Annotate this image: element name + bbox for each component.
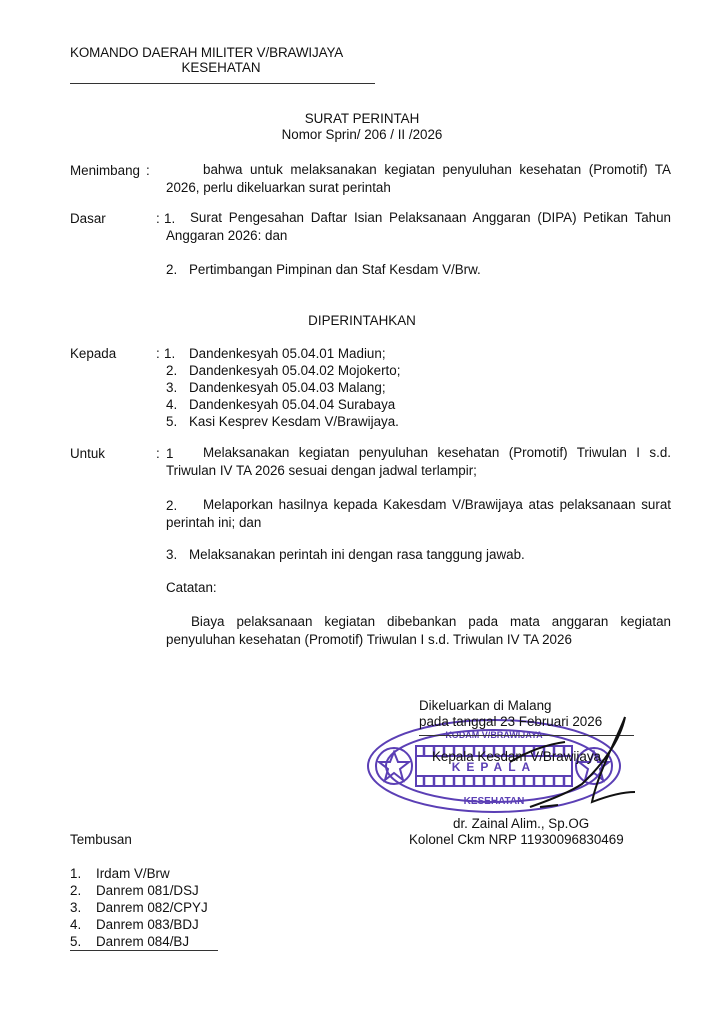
- diperintahkan-heading: DIPERINTAHKAN: [0, 313, 724, 328]
- tembusan-item-text: Danrem 083/BDJ: [96, 917, 199, 932]
- kepada-item-num: 5.: [166, 414, 177, 429]
- org-name: KOMANDO DAERAH MILITER V/BRAWIJAYA: [70, 45, 343, 60]
- kepada-item-text: Dandenkesyah 05.04.01 Madiun;: [189, 346, 386, 361]
- dasar-label: Dasar: [70, 211, 106, 226]
- tembusan-label: Tembusan: [70, 832, 132, 847]
- kepada-colon: :: [156, 346, 160, 361]
- dasar-item-text: Surat Pengesahan Daftar Isian Pelaksanaa…: [166, 209, 671, 245]
- tembusan-item-num: 3.: [70, 900, 81, 915]
- kepada-item-num: 2.: [166, 363, 177, 378]
- menimbang-text: bahwa untuk melaksanakan kegiatan penyul…: [166, 161, 671, 197]
- document-title: SURAT PERINTAH: [0, 111, 724, 126]
- signer-name: dr. Zainal Alim., Sp.OG: [453, 816, 589, 831]
- catatan-label: Catatan:: [166, 580, 217, 595]
- kepada-item-num: 1.: [164, 346, 175, 361]
- tembusan-item-text: Irdam V/Brw: [96, 866, 170, 881]
- tembusan-item-text: Danrem 084/BJ: [96, 934, 189, 949]
- tembusan-item-num: 2.: [70, 883, 81, 898]
- tembusan-item-num: 1.: [70, 866, 81, 881]
- tembusan-item-text: Danrem 081/DSJ: [96, 883, 199, 898]
- tembusan-item-text: Danrem 082/CPYJ: [96, 900, 208, 915]
- kepada-item-text: Kasi Kesprev Kesdam V/Brawijaya.: [189, 414, 399, 429]
- kepada-item-num: 4.: [166, 397, 177, 412]
- tembusan-item-num: 5.: [70, 934, 81, 949]
- document-number: Nomor Sprin/ 206 / II /2026: [0, 127, 724, 142]
- header-divider: [70, 83, 375, 84]
- dasar-item-text: Pertimbangan Pimpinan dan Staf Kesdam V/…: [189, 262, 481, 277]
- kepada-label: Kepada: [70, 346, 116, 361]
- kepada-item-text: Dandenkesyah 05.04.03 Malang;: [189, 380, 386, 395]
- untuk-colon: :: [156, 446, 160, 461]
- menimbang-colon: :: [146, 163, 150, 178]
- issued-place: Dikeluarkan di Malang: [419, 698, 552, 713]
- untuk-label: Untuk: [70, 446, 105, 461]
- org-unit: KESEHATAN: [70, 60, 372, 75]
- kepada-item-text: Dandenkesyah 05.04.04 Surabaya: [189, 397, 395, 412]
- kepada-item-text: Dandenkesyah 05.04.02 Mojokerto;: [189, 363, 400, 378]
- menimbang-label: Menimbang: [70, 163, 140, 178]
- handwritten-signature: [470, 712, 670, 822]
- untuk-item-num: 3.: [166, 547, 177, 562]
- tembusan-item-num: 4.: [70, 917, 81, 932]
- untuk-item-text: Melaksanakan perintah ini dengan rasa ta…: [189, 547, 525, 562]
- catatan-text: Biaya pelaksanaan kegiatan dibebankan pa…: [166, 613, 671, 649]
- dasar-colon: :: [156, 211, 160, 226]
- dasar-item-num: 2.: [166, 262, 177, 277]
- signer-rank: Kolonel Ckm NRP 11930096830469: [409, 832, 624, 847]
- untuk-item-text: Melaksanakan kegiatan penyuluhan kesehat…: [166, 444, 671, 480]
- kepada-item-num: 3.: [166, 380, 177, 395]
- tembusan-underline: [70, 950, 218, 951]
- untuk-item-text: Melaporkan hasilnya kepada Kakesdam V/Br…: [166, 496, 671, 532]
